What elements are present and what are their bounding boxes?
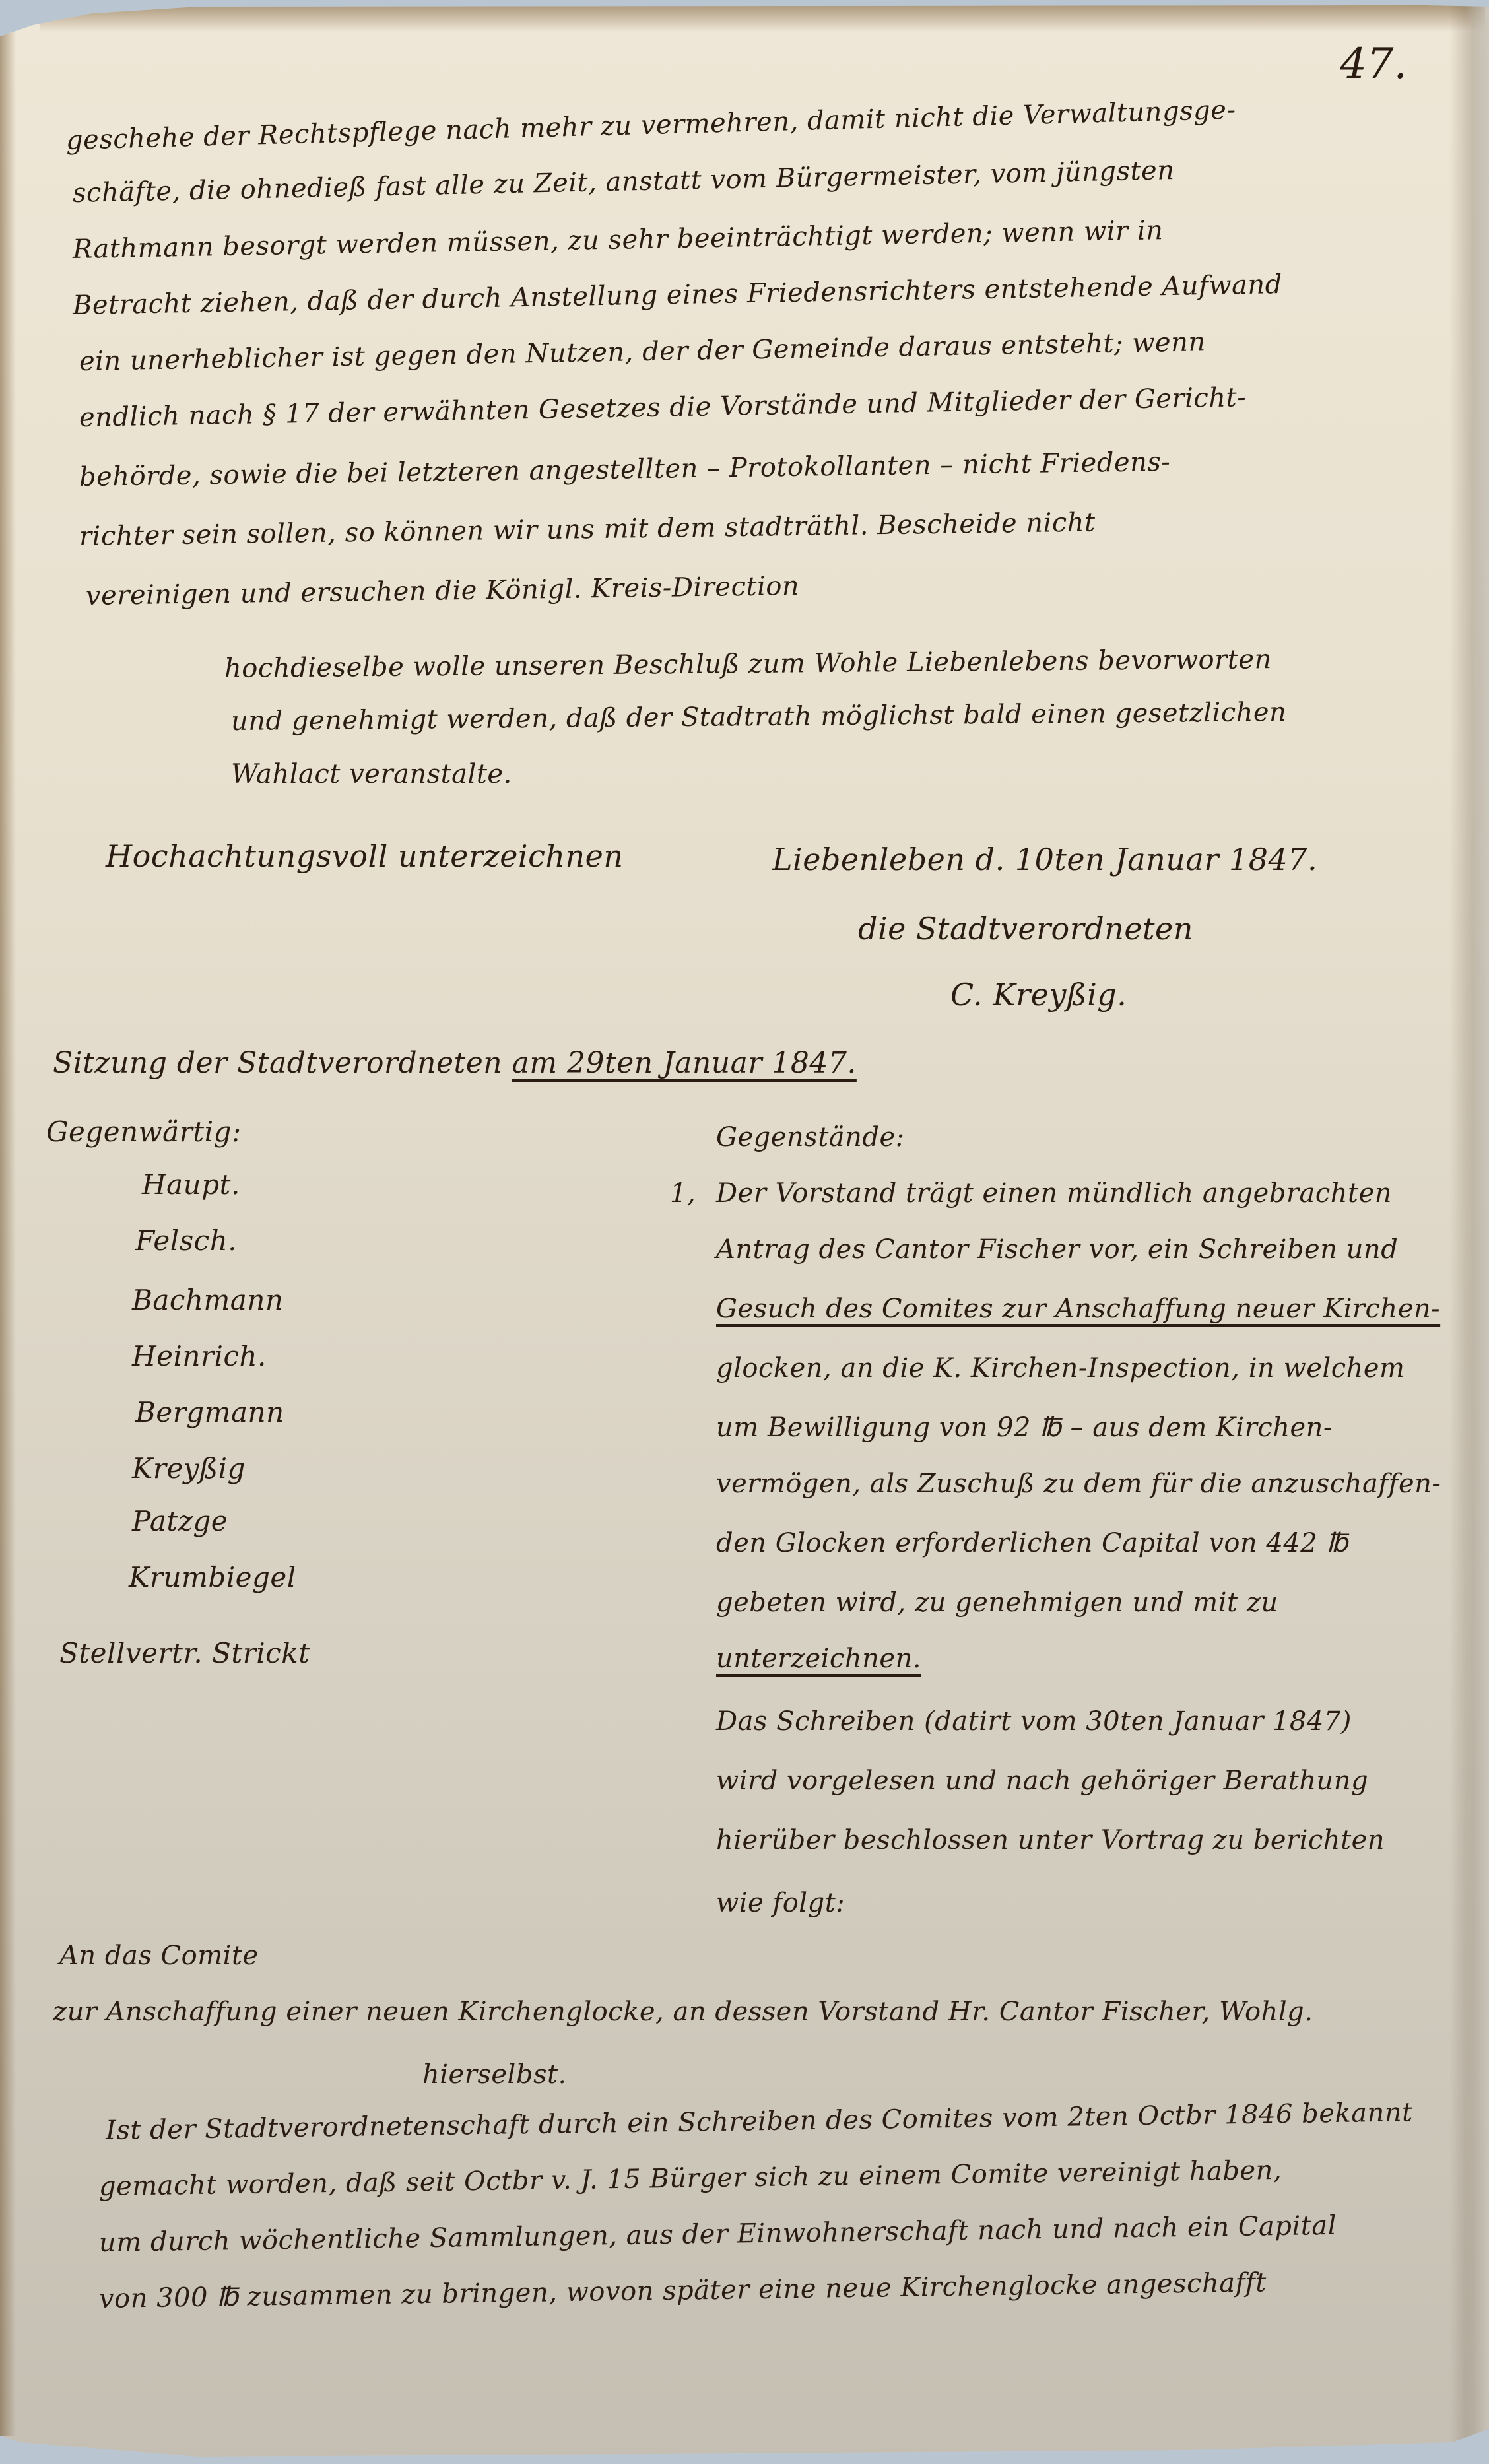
attendee: Kreyßig <box>132 1452 246 1484</box>
page-number: 47. <box>1340 40 1407 88</box>
agenda-line: Gesuch des Comites zur Anschaffung neuer… <box>716 1294 1440 1324</box>
agenda-line: um Bewilligung von 92 ℔ – aus dem Kirche… <box>716 1413 1333 1443</box>
attendee: Heinrich. <box>132 1340 267 1372</box>
signatory-title: die Stadtverordneten <box>858 911 1193 947</box>
text-line: und genehmigt werden, daß der Stadtrath … <box>231 697 1287 737</box>
attendee: Krumbiegel <box>129 1561 296 1593</box>
attendee: Bachmann <box>132 1284 283 1316</box>
agenda-line: Das Schreiben (datirt vom 30ten Januar 1… <box>716 1706 1352 1737</box>
valediction: Hochachtungsvoll unterzeichnen <box>106 838 624 874</box>
agenda-line: vermögen, als Zuschuß zu dem für die anz… <box>716 1469 1441 1499</box>
session-heading-date: am 29ten Januar 1847. <box>512 1046 857 1080</box>
signature: C. Kreyßig. <box>950 977 1127 1013</box>
page-edge-left <box>0 26 16 2436</box>
text-line: behörde, sowie die bei letzteren angeste… <box>79 447 1171 492</box>
attendee: Felsch. <box>135 1224 237 1257</box>
letter-line: von 300 ℔ zusammen zu bringen, wovon spä… <box>99 2267 1267 2314</box>
letter-line: um durch wöchentliche Sammlungen, aus de… <box>99 2211 1337 2258</box>
manuscript-page: 47. geschehe der Rechtspflege nach mehr … <box>0 0 1489 2464</box>
session-heading: Sitzung der Stadtverordneten am 29ten Ja… <box>53 1046 857 1080</box>
page-edge-top <box>40 5 1485 32</box>
letter-addressee: zur Anschaffung einer neuen Kirchenglock… <box>53 1997 1313 2027</box>
text-line: schäfte, die ohnedieß fast alle zu Zeit,… <box>73 155 1175 209</box>
text-line: geschehe der Rechtspflege nach mehr zu v… <box>65 95 1236 156</box>
place-date: Liebenleben d. 10ten Januar 1847. <box>772 842 1317 877</box>
letter-line: Ist der Stadtverordnetenschaft durch ein… <box>106 2097 1413 2146</box>
agenda-line: glocken, an die K. Kirchen-Inspection, i… <box>716 1353 1405 1383</box>
agenda-label: Gegenstände: <box>716 1122 905 1152</box>
text-line: Betracht ziehen, daß der durch Anstellun… <box>73 269 1283 321</box>
text-line: vereinigen und ersuchen die Königl. Krei… <box>86 571 800 611</box>
letter-addressee: An das Comite <box>59 1941 259 1971</box>
text-line: endlich nach § 17 der erwähnten Gesetzes… <box>79 382 1247 433</box>
agenda-line: gebeten wird, zu genehmigen und mit zu <box>716 1587 1278 1618</box>
text-line: Rathmann besorgt werden müssen, zu sehr … <box>73 215 1164 265</box>
agenda-line: Der Vorstand trägt einen mündlich angebr… <box>716 1178 1392 1209</box>
present-label: Gegenwärtig: <box>46 1115 242 1148</box>
attendee: Haupt. <box>142 1168 240 1201</box>
text-line: ein unerheblicher ist gegen den Nutzen, … <box>79 327 1206 377</box>
text-line: Wahlact veranstalte. <box>231 759 512 789</box>
text-line: richter sein sollen, so können wir uns m… <box>79 508 1096 552</box>
recorder: Stellvertr. Strickt <box>59 1637 310 1669</box>
session-heading-prefix: Sitzung der Stadtverordneten <box>53 1046 502 1080</box>
agenda-line: wird vorgelesen und nach gehöriger Berat… <box>716 1766 1368 1796</box>
attendee: Patzge <box>132 1505 228 1537</box>
agenda-line: unterzeichnen. <box>716 1644 921 1674</box>
agenda-line: Antrag des Cantor Fischer vor, ein Schre… <box>716 1234 1398 1265</box>
agenda-line: den Glocken erforderlichen Capital von 4… <box>716 1528 1348 1558</box>
letter-line: gemacht worden, daß seit Octbr v. J. 15 … <box>99 2155 1282 2202</box>
agenda-line: wie folgt: <box>716 1888 845 1918</box>
letter-place: hierselbst. <box>422 2059 567 2090</box>
text-line: hochdieselbe wolle unseren Beschluß zum … <box>224 644 1272 684</box>
attendee: Bergmann <box>135 1396 284 1428</box>
page-edge-right <box>1449 0 1489 2464</box>
agenda-line: hierüber beschlossen unter Vortrag zu be… <box>716 1825 1385 1855</box>
item-number: 1, <box>670 1178 696 1209</box>
